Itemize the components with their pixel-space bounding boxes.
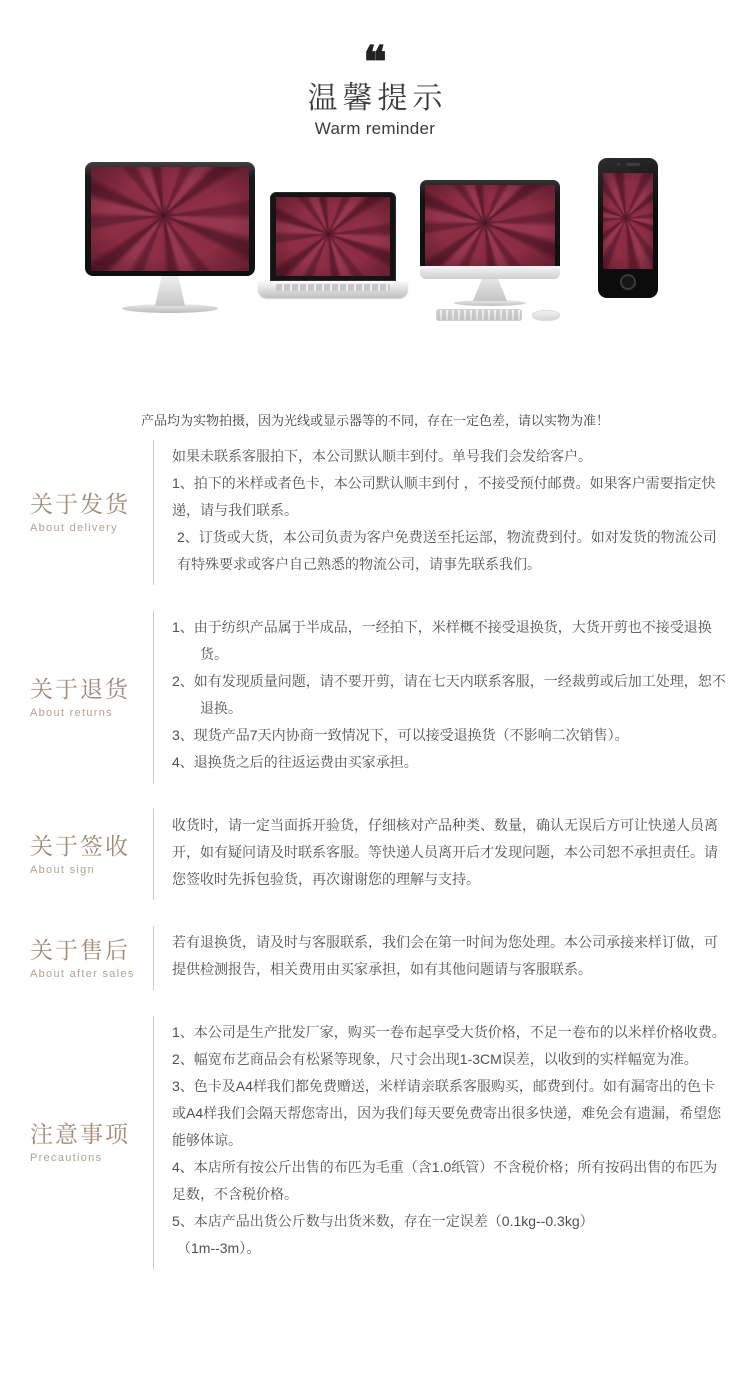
laptop-keys: [276, 284, 390, 291]
section-title: 关于签收: [30, 831, 153, 861]
smartphone-mockup: [598, 158, 658, 298]
section-sign: 关于签收 About sign 收货时，请一定当面拆开验货，仔细核对产品种类、数…: [0, 809, 736, 900]
paragraph: 2、幅宽布艺商品会有松紧等现象，尺寸会出现1-3CM误差，以收到的实样幅宽为准。: [172, 1046, 726, 1073]
section-delivery-label: 关于发货 About delivery: [0, 489, 153, 536]
warm-reminder-page: ❝ 温馨提示 Warm reminder: [0, 0, 750, 1394]
paragraph: 若有退换货，请及时与客服联系，我们会在第一时间为您处理。本公司承接来样订做，可提…: [172, 929, 726, 983]
monitor-stand: [155, 276, 185, 306]
section-title: 关于退货: [30, 674, 153, 704]
monitor-fabric-screen: [91, 167, 249, 271]
imac-peripherals: [420, 309, 560, 321]
section-title: 注意事项: [30, 1119, 153, 1149]
phone-camera-icon: [617, 163, 620, 166]
laptop-screen-frame: [270, 192, 396, 281]
phone-speaker-icon: [626, 163, 640, 166]
paragraph: 4、本店所有按公斤出售的布匹为毛重（含1.0纸管）不含税价格；所有按码出售的布匹…: [172, 1154, 726, 1208]
phone-home-button: [620, 274, 636, 290]
section-precautions: 注意事项 Precautions 1、本公司是生产批发厂家，购买一卷布起享受大货…: [0, 1016, 736, 1269]
imac-mockup: [420, 180, 560, 321]
section-returns: 关于退货 About returns 1、由于纺织产品属于半成品，一经拍下，米样…: [0, 611, 736, 783]
section-precautions-label: 注意事项 Precautions: [0, 1119, 153, 1166]
section-subtitle: About sign: [30, 863, 153, 878]
imac-stand: [473, 279, 507, 301]
section-after-sales: 关于售后 About after sales 若有退换货，请及时与客服联系，我们…: [0, 926, 736, 990]
paragraph: 如果未联系客服拍下，本公司默认顺丰到付。单号我们会发给客户。: [172, 443, 726, 470]
quote-icon: ❝: [0, 50, 750, 76]
section-returns-label: 关于退货 About returns: [0, 674, 153, 721]
section-delivery: 关于发货 About delivery 如果未联系客服拍下，本公司默认顺丰到付。…: [0, 440, 736, 585]
phone-fabric-screen: [603, 173, 653, 269]
device-mockups: [0, 158, 750, 320]
section-subtitle: About delivery: [30, 521, 153, 536]
laptop-fabric-screen: [276, 197, 390, 276]
section-delivery-content: 如果未联系客服拍下，本公司默认顺丰到付。单号我们会发给客户。 1、拍下的米样或者…: [153, 440, 736, 585]
monitor-mockup: [85, 162, 255, 313]
section-returns-content: 1、由于纺织产品属于半成品，一经拍下，米样概不接受退换货，大货开剪也不接受退换货…: [153, 611, 736, 783]
paragraph: 4、退换货之后的往返运费由买家承担。: [172, 749, 726, 776]
paragraph: 1、由于纺织产品属于半成品，一经拍下，米样概不接受退换货，大货开剪也不接受退换货…: [172, 614, 726, 668]
paragraph: 5、本店产品出货公斤数与出货米数，存在一定误差（0.1kg--0.3kg）: [172, 1208, 726, 1235]
paragraph: （1m--3m）。: [172, 1235, 726, 1262]
page-subtitle: Warm reminder: [0, 118, 750, 140]
section-precautions-content: 1、本公司是生产批发厂家，购买一卷布起享受大货价格，不足一卷布的以米样价格收费。…: [153, 1016, 736, 1269]
imac-fabric-screen: [425, 185, 555, 266]
section-after-sales-label: 关于售后 About after sales: [0, 935, 153, 982]
section-after-sales-content: 若有退换货，请及时与客服联系，我们会在第一时间为您处理。本公司承接来样订做，可提…: [153, 926, 736, 990]
phone-top-details: [598, 163, 658, 166]
laptop-keyboard-deck: [258, 281, 408, 298]
paragraph: 1、本公司是生产批发厂家，购买一卷布起享受大货价格，不足一卷布的以米样价格收费。: [172, 1019, 726, 1046]
section-title: 关于售后: [30, 935, 153, 965]
keyboard-icon: [436, 309, 522, 321]
imac-frame: [420, 180, 560, 266]
imac-chin: [420, 266, 560, 279]
section-subtitle: About after sales: [30, 967, 153, 982]
monitor-frame: [85, 162, 255, 276]
laptop-mockup: [258, 192, 408, 298]
paragraph: 3、色卡及A4样我们都免费赠送，米样请亲联系客服购买，邮费到付。如有漏寄出的色卡…: [172, 1073, 726, 1154]
info-sections: 关于发货 About delivery 如果未联系客服拍下，本公司默认顺丰到付。…: [0, 440, 750, 1269]
page-header: ❝ 温馨提示 Warm reminder: [0, 0, 750, 140]
paragraph: 1、拍下的米样或者色卡，本公司默认顺丰到付 ，不接受预付邮费。如果客户需要指定快…: [172, 470, 726, 524]
paragraph: 2、如有发现质量问题，请不要开剪，请在七天内联系客服，一经裁剪或后加工处理，恕不…: [172, 668, 726, 722]
color-difference-notice: 产品均为实物拍摄，因为光线或显示器等的不同，存在一定色差，请以实物为准！: [0, 412, 750, 430]
section-title: 关于发货: [30, 489, 153, 519]
paragraph: 3、现货产品7天内协商一致情况下，可以接受退换货（不影响二次销售）。: [172, 722, 726, 749]
paragraph: 收货时，请一定当面拆开验货，仔细核对产品种类、数量，确认无误后方可让快递人员离开…: [172, 812, 726, 893]
section-subtitle: About returns: [30, 706, 153, 721]
mouse-icon: [532, 310, 560, 321]
paragraph: 2、订货或大货，本公司负责为客户免费送至托运部，物流费到付。如对发货的物流公司有…: [172, 524, 726, 578]
section-sign-label: 关于签收 About sign: [0, 831, 153, 878]
section-subtitle: Precautions: [30, 1151, 153, 1166]
section-sign-content: 收货时，请一定当面拆开验货，仔细核对产品种类、数量，确认无误后方可让快递人员离开…: [153, 809, 736, 900]
page-title: 温馨提示: [0, 80, 750, 118]
